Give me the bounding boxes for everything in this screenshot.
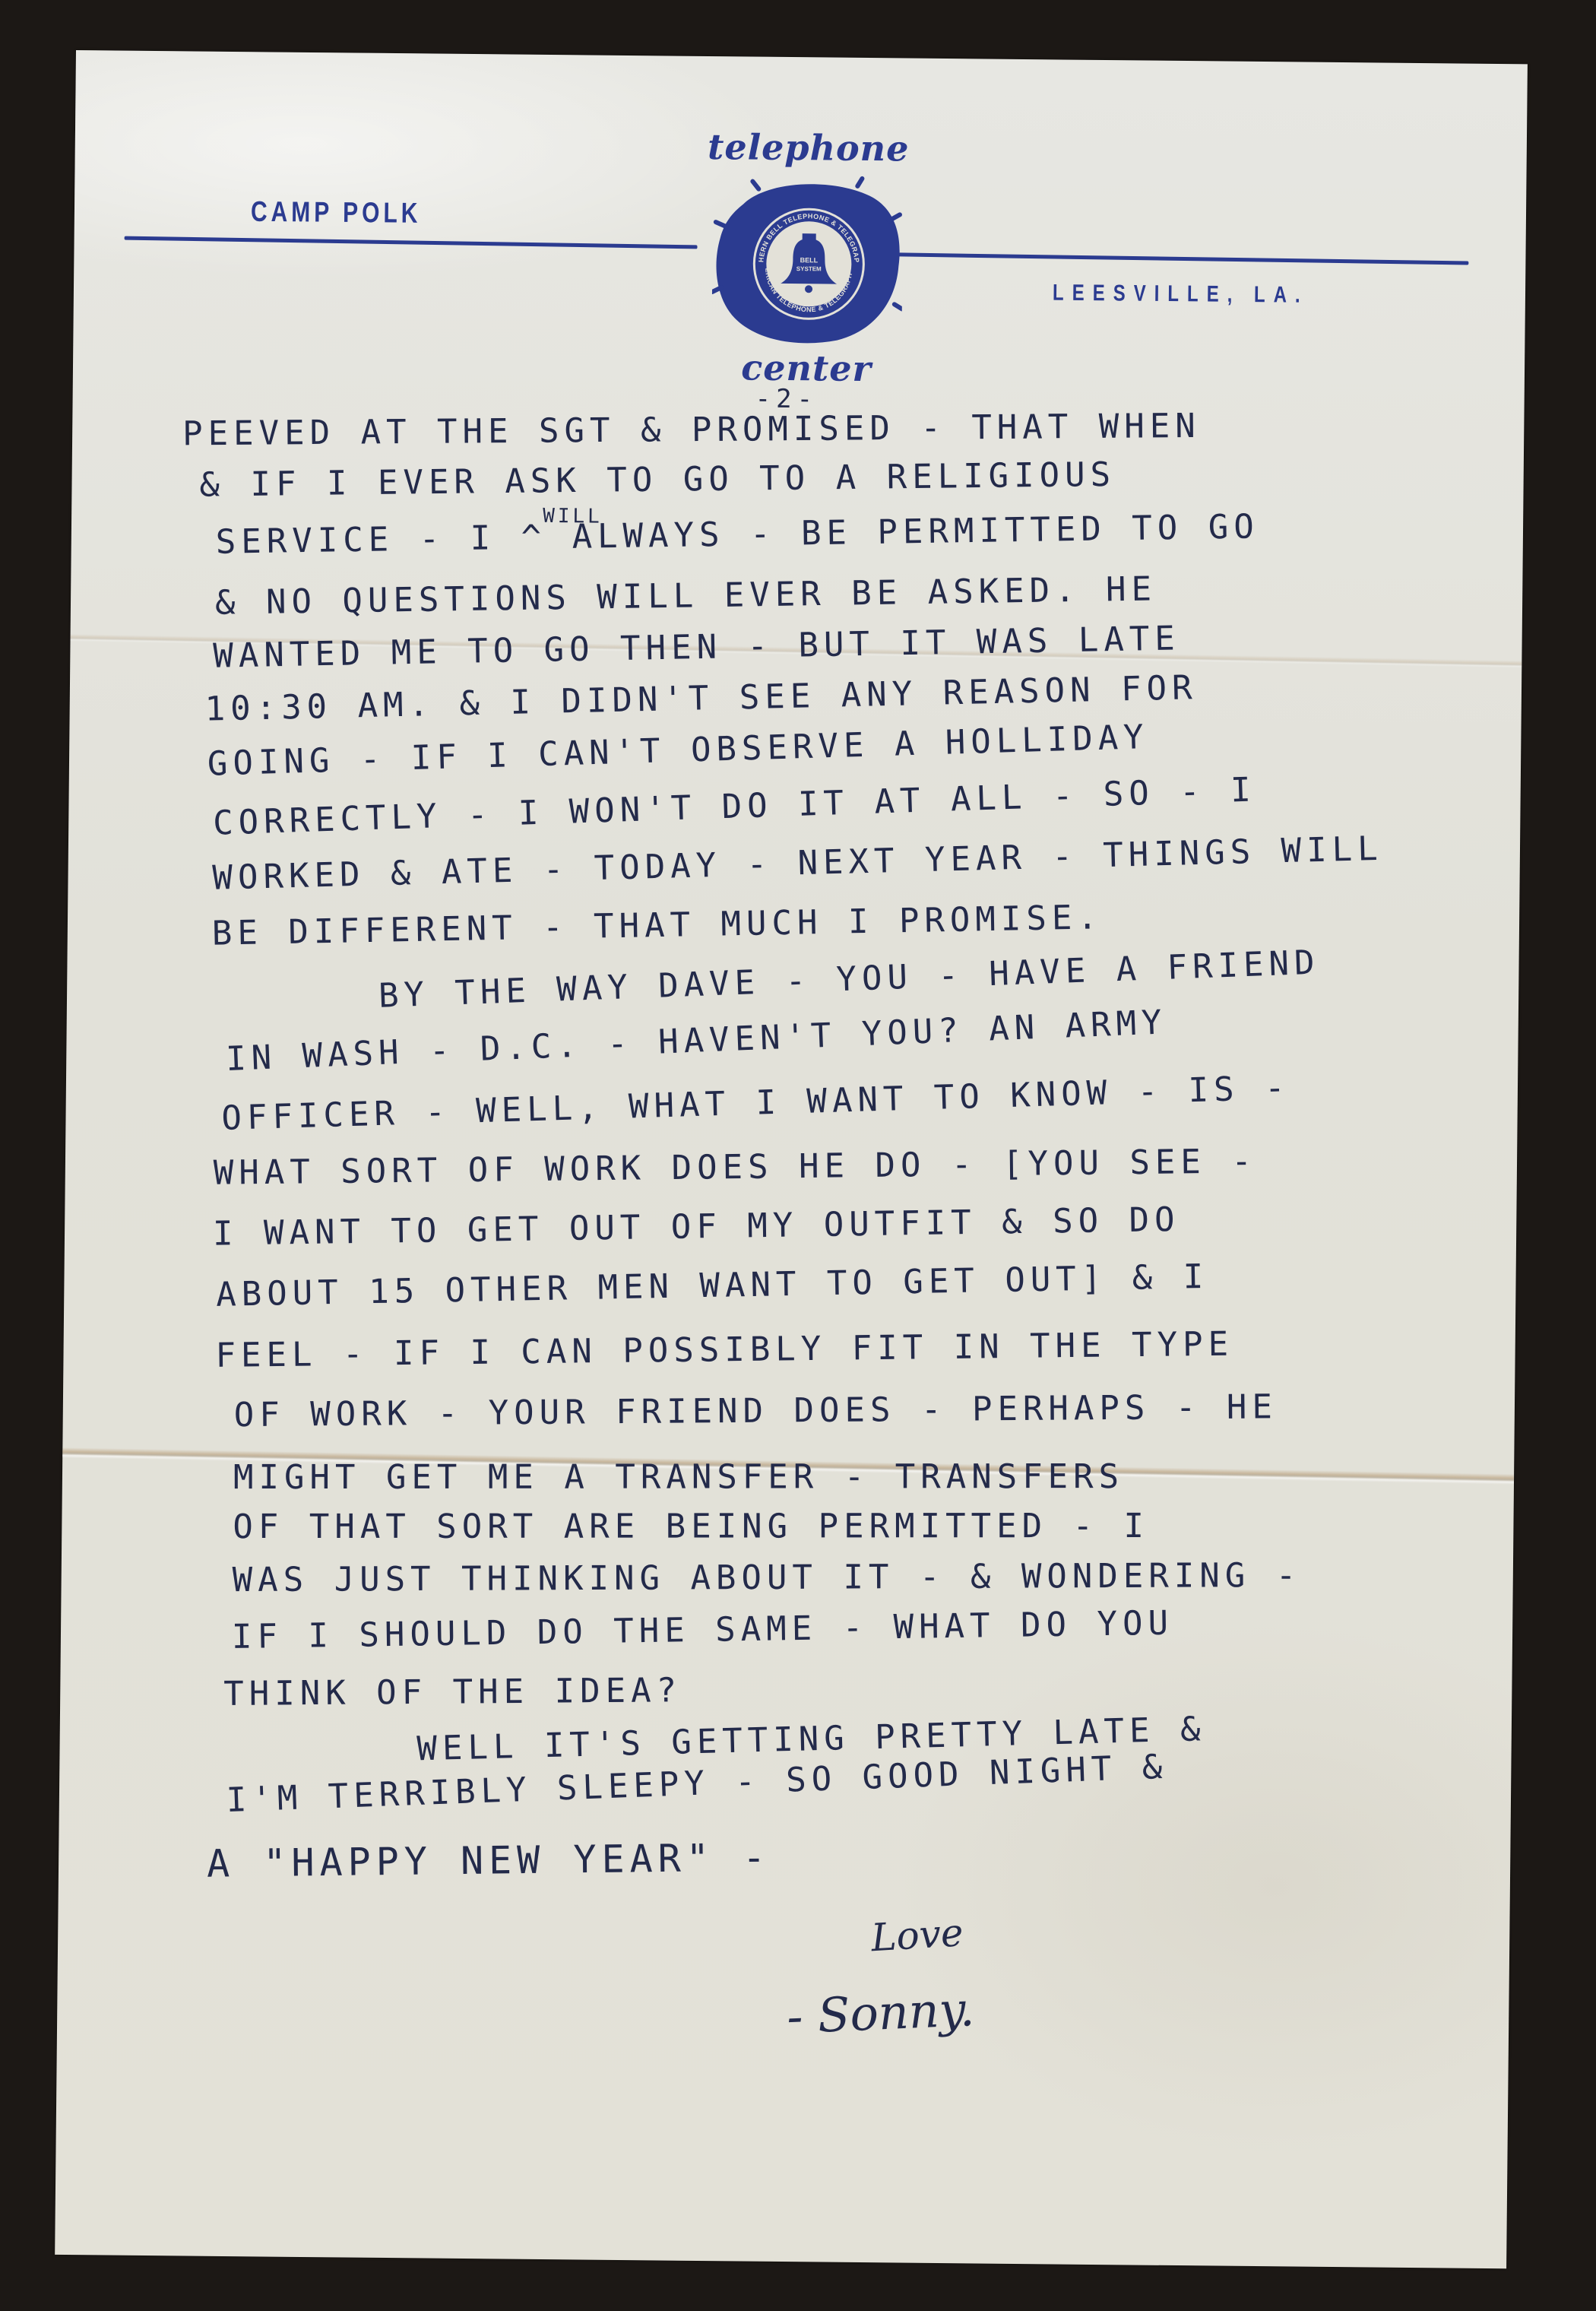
letter-line: CORRECTLY - I WON'T DO IT AT ALL - SO - …	[212, 770, 1256, 842]
signature: - Sonny.	[786, 1981, 976, 2044]
letter-line: GOING - IF I CAN'T OBSERVE A HOLLIDAY	[207, 718, 1149, 784]
letter-line: FEEL - IF I CAN POSSIBLY FIT IN THE TYPE	[215, 1325, 1233, 1375]
letter-sheet: CAMP POLK LEESVILLE, LA. telephone SOUTH…	[55, 50, 1528, 2268]
letter-line: WAS JUST THINKING ABOUT IT - & WONDERING…	[233, 1556, 1302, 1599]
closing: Love	[870, 1910, 964, 1960]
letter-line: ABOUT 15 OTHER MEN WANT TO GET OUT] & I	[216, 1257, 1209, 1314]
letter-line: IN WASH - D.C. - HAVEN'T YOU? AN ARMY	[225, 1003, 1167, 1079]
letter-line: PEEVED AT THE SGT & PROMISED - THAT WHEN	[182, 407, 1201, 454]
letter-line: WORKED & ATE - TODAY - NEXT YEAR - THING…	[212, 829, 1383, 898]
letter-line: WHAT SORT OF WORK DOES HE DO - [YOU SEE …	[214, 1142, 1258, 1193]
handwritten-letter-body: -2- PEEVED AT THE SGT & PROMISED - THAT …	[55, 50, 1528, 2268]
letter-line: IF I SHOULD DO THE SAME - WHAT DO YOU	[232, 1604, 1174, 1656]
letter-line: WANTED ME TO GO THEN - BUT IT WAS LATE	[213, 619, 1180, 675]
letter-line: A "HAPPY NEW YEAR" -	[207, 1835, 771, 1885]
letter-line: BY THE WAY DAVE - YOU - HAVE A FRIEND	[378, 943, 1320, 1016]
letter-line: & IF I EVER ASK TO GO TO A RELIGIOUS	[199, 455, 1116, 505]
letter-line: & NO QUESTIONS WILL EVER BE ASKED. HE	[215, 569, 1157, 622]
letter-line: OF WORK - YOUR FRIEND DOES - PERHAPS - H…	[234, 1387, 1278, 1434]
letter-line: OFFICER - WELL, WHAT I WANT TO KNOW - IS…	[221, 1068, 1290, 1137]
letter-line: I WANT TO GET OUT OF MY OUTFIT & SO DO	[213, 1200, 1180, 1254]
letter-line: BE DIFFERENT - THAT MUCH I PROMISE.	[211, 898, 1103, 953]
letter-line: SERVICE - I ^ ALWAYS - BE PERMITTED TO G…	[215, 507, 1259, 561]
letter-line: THINK OF THE IDEA?	[223, 1671, 682, 1713]
letter-line: 10:30 AM. & I DIDN'T SEE ANY REASON FOR	[204, 668, 1198, 728]
letter-line: MIGHT GET ME A TRANSFER - TRANSFERS	[233, 1457, 1124, 1497]
letter-line: OF THAT SORT ARE BEING PERMITTED - I	[233, 1507, 1149, 1546]
